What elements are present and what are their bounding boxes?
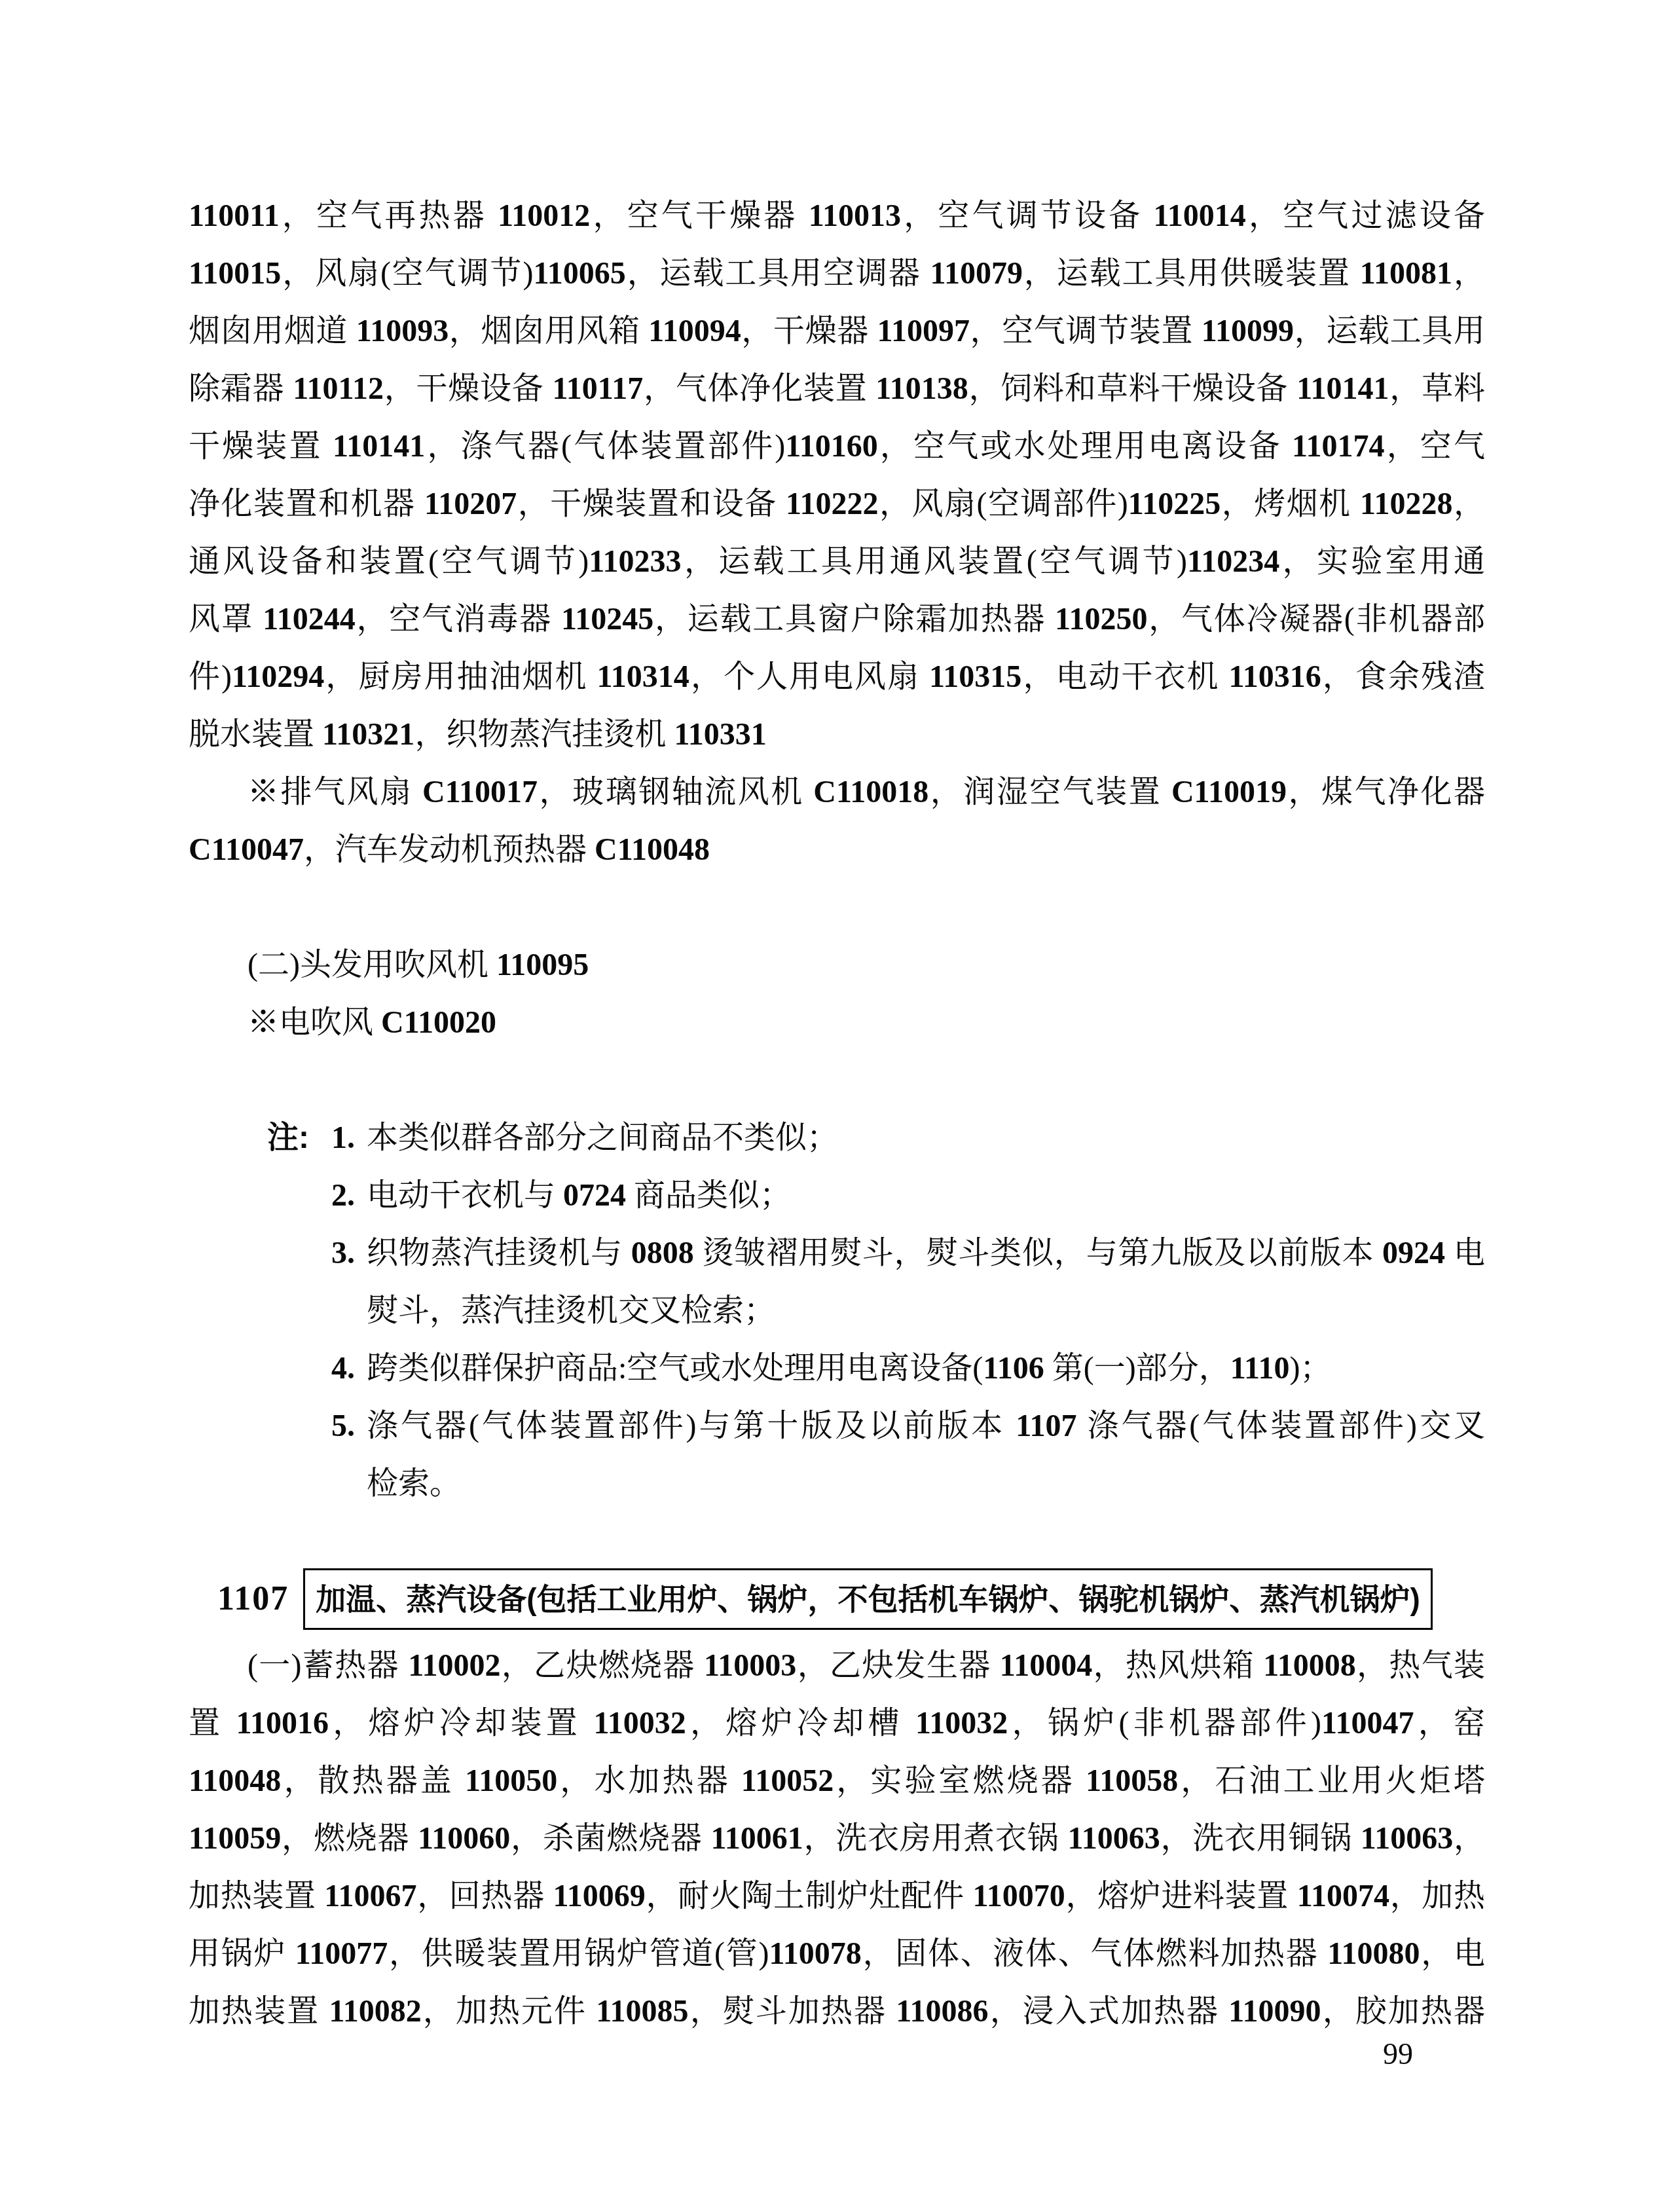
text-line: 通风设备和装置(空气调节)110233，运载工具用通风装置(空气调节)11023… — [189, 533, 1485, 591]
note-number: 5. — [313, 1397, 367, 1455]
paragraph-1106-part1-continued: 110011，空气再热器 110012，空气干燥器 110013，空气调节设备 … — [189, 187, 1485, 764]
text-line: 净化装置和机器 110207，干燥装置和设备 110222，风扇(空调部件)11… — [189, 475, 1485, 533]
text-line: 风罩 110244，空气消毒器 110245，运载工具窗户除霜加热器 11025… — [189, 591, 1485, 648]
text-line: 干燥装置 110141，涤气器(气体装置部件)110160，空气或水处理用电离设… — [189, 418, 1485, 475]
text-line: ※电吹风 C110020 — [189, 994, 1485, 1052]
note-text: 织物蒸汽挂烫机与 0808 烫皱褶用熨斗，熨斗类似，与第九版及以前版本 0924… — [367, 1225, 1485, 1282]
page-number: 99 — [1383, 2038, 1413, 2071]
notes-label — [189, 1397, 313, 1455]
note-number — [313, 1455, 367, 1513]
notes-block: 注: 1. 本类似群各部分之间商品不类似； 2. 电动干衣机与 0724 商品类… — [189, 1109, 1485, 1513]
text-line: 用锅炉 110077，供暖装置用锅炉管道(管)110078，固体、液体、气体燃料… — [189, 1925, 1485, 1983]
note-number — [313, 1282, 367, 1340]
text-line: 110048，散热器盖 110050，水加热器 110052，实验室燃烧器 11… — [189, 1752, 1485, 1810]
paragraph-1107-part1: (一)蓄热器 110002，乙炔燃烧器 110003，乙炔发生器 110004，… — [189, 1637, 1485, 2040]
c-code-note-2: ※电吹风 C110020 — [189, 994, 1485, 1052]
note-row: 5. 涤气器(气体装置部件)与第十版及以前版本 1107 涤气器(气体装置部件)… — [189, 1397, 1485, 1455]
note-number: 1. — [313, 1109, 367, 1167]
note-text: 本类似群各部分之间商品不类似； — [367, 1109, 1485, 1167]
text-line: 除霜器 110112，干燥设备 110117，气体净化装置 110138，饲料和… — [189, 360, 1485, 418]
notes-label — [189, 1455, 313, 1513]
text-line: 加热装置 110067，回热器 110069，耐火陶土制炉灶配件 110070，… — [189, 1868, 1485, 1925]
text-line: 件)110294，厨房用抽油烟机 110314，个人用电风扇 110315，电动… — [189, 648, 1485, 706]
text-line: 加热装置 110082，加热元件 110085，熨斗加热器 110086，浸入式… — [189, 1983, 1485, 2040]
text-line: 110015，风扇(空气调节)110065，运载工具用空调器 110079，运载… — [189, 245, 1485, 303]
text-line: 置 110016，熔炉冷却装置 110032，熔炉冷却槽 110032，锅炉(非… — [189, 1695, 1485, 1752]
c-codes-note: ※排气风扇 C110017，玻璃钢轴流风机 C110018，润湿空气装置 C11… — [189, 764, 1485, 879]
note-number: 4. — [313, 1340, 367, 1397]
notes-label — [189, 1340, 313, 1397]
group-code: 1107 — [217, 1568, 289, 1630]
text-line: 脱水装置 110321，织物蒸汽挂烫机 110331 — [189, 706, 1485, 764]
text-line: C110047，汽车发动机预热器 C110048 — [189, 821, 1485, 879]
note-text: 跨类似群保护商品:空气或水处理用电离设备(1106 第(一)部分，1110)； — [367, 1340, 1485, 1397]
part-two-line: (二)头发用吹风机 110095 — [189, 936, 1485, 994]
note-row: 检索。 — [189, 1455, 1485, 1513]
note-row: 3. 织物蒸汽挂烫机与 0808 烫皱褶用熨斗，熨斗类似，与第九版及以前版本 0… — [189, 1225, 1485, 1282]
text-line: ※排气风扇 C110017，玻璃钢轴流风机 C110018，润湿空气装置 C11… — [189, 764, 1485, 821]
text-line: 110059，燃烧器 110060，杀菌燃烧器 110061，洗衣房用煮衣锅 1… — [189, 1810, 1485, 1868]
part-two-block: (二)头发用吹风机 110095 — [189, 936, 1485, 994]
note-text: 熨斗，蒸汽挂烫机交叉检索； — [367, 1282, 1485, 1340]
notes-label — [189, 1167, 313, 1225]
note-text: 电动干衣机与 0724 商品类似； — [367, 1167, 1485, 1225]
text-line: 110011，空气再热器 110012，空气干燥器 110013，空气调节设备 … — [189, 187, 1485, 245]
document-page: 110011，空气再热器 110012，空气干燥器 110013，空气调节设备 … — [0, 0, 1671, 2212]
note-number: 3. — [313, 1225, 367, 1282]
note-number: 2. — [313, 1167, 367, 1225]
note-row: 2. 电动干衣机与 0724 商品类似； — [189, 1167, 1485, 1225]
note-row: 熨斗，蒸汽挂烫机交叉检索； — [189, 1282, 1485, 1340]
text-line: 烟囱用烟道 110093，烟囱用风箱 110094，干燥器 110097，空气调… — [189, 303, 1485, 360]
group-1107-heading: 1107 加温、蒸汽设备(包括工业用炉、锅炉，不包括机车锅炉、锅驼机锅炉、蒸汽机… — [189, 1568, 1433, 1630]
note-row: 注: 1. 本类似群各部分之间商品不类似； — [189, 1109, 1485, 1167]
note-text: 检索。 — [367, 1455, 1485, 1513]
notes-label — [189, 1225, 313, 1282]
notes-label: 注: — [189, 1109, 313, 1167]
group-title-box: 加温、蒸汽设备(包括工业用炉、锅炉，不包括机车锅炉、锅驼机锅炉、蒸汽机锅炉) — [303, 1568, 1433, 1630]
note-text: 涤气器(气体装置部件)与第十版及以前版本 1107 涤气器(气体装置部件)交叉 — [367, 1397, 1485, 1455]
text-line: (一)蓄热器 110002，乙炔燃烧器 110003，乙炔发生器 110004，… — [189, 1637, 1485, 1695]
notes-label — [189, 1282, 313, 1340]
note-row: 4. 跨类似群保护商品:空气或水处理用电离设备(1106 第(一)部分，1110… — [189, 1340, 1485, 1397]
